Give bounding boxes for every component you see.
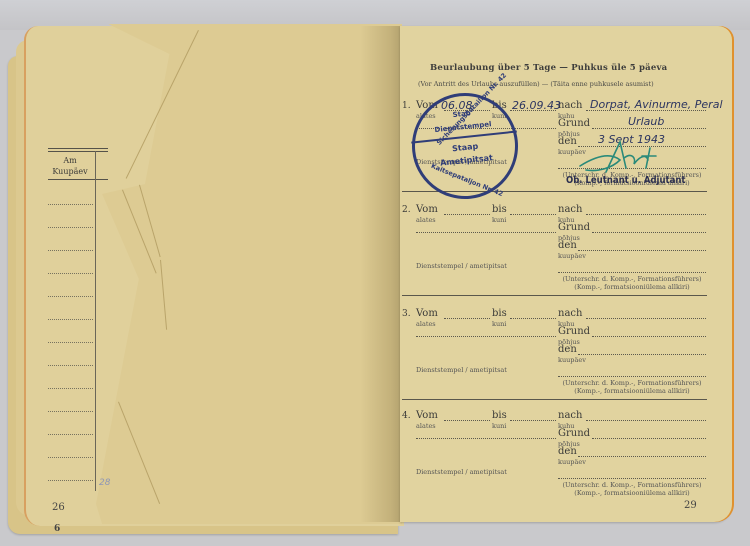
pencil-annotation: 28 — [99, 478, 110, 488]
entry-number: 2. — [402, 205, 411, 215]
extra-field[interactable] — [416, 336, 556, 337]
label-nach: nach — [558, 204, 582, 215]
label-kuupaev: kuupäev — [558, 252, 586, 260]
label-signature-et: (Komp.-, formatsiooniülema allkiri) — [552, 387, 712, 395]
leave-entry-4: 4. Vom alates bis kuni nach kuhu Grund p… — [402, 406, 712, 502]
table-row — [48, 365, 93, 366]
table-row — [48, 273, 93, 274]
page-subtitle: (Vor Antritt des Urlaubs auszufüllen) — … — [418, 80, 654, 88]
officer-rank-stamp: Ob. Leutnant u. Adjutant — [566, 175, 685, 186]
signature-field[interactable] — [558, 272, 706, 273]
label-alates: alates — [416, 320, 436, 328]
signature-field[interactable] — [558, 478, 706, 479]
extra-field[interactable] — [416, 438, 556, 439]
grund-field[interactable] — [592, 438, 706, 439]
label-dienststempel: Dienststempel / ametipitsat — [416, 468, 507, 476]
table-row — [48, 227, 93, 228]
label-nach: nach — [558, 410, 582, 421]
den-field[interactable] — [578, 250, 706, 251]
back-page-number: 6 — [54, 524, 60, 534]
label-vom: Vom — [416, 410, 438, 421]
left-page-number: 26 — [52, 502, 65, 513]
label-dienststempel: Dienststempel / ametipitsat — [416, 366, 507, 374]
label-signature-et: (Komp.-, formatsiooniülema allkiri) — [552, 489, 712, 497]
label-bis: bis — [492, 410, 507, 421]
label-den: den — [558, 446, 577, 457]
page-title: Beurlaubung über 5 Tage — Puhkus üle 5 p… — [430, 63, 667, 73]
label-grund: Grund — [558, 326, 590, 337]
label-nach: nach — [558, 100, 582, 111]
handwritten-grund: Urlaub — [628, 115, 664, 128]
label-signature-de: (Unterschr. d. Komp.-, Formationsführers… — [552, 379, 712, 387]
table-row — [48, 411, 93, 412]
table-row — [48, 342, 93, 343]
table-column-divider — [95, 151, 96, 491]
label-kuni: kuni — [492, 216, 506, 224]
leave-entry-2: 2. Vom alates bis kuni nach kuhu Grund p… — [402, 200, 712, 296]
den-field[interactable] — [578, 354, 706, 355]
table-row — [48, 388, 93, 389]
vom-field[interactable] — [444, 318, 490, 319]
stamp-ring-bottom: Kaitsepataljon Nr. 42 — [430, 162, 504, 198]
table-row — [48, 296, 93, 297]
vom-field[interactable] — [444, 420, 490, 421]
label-signature-de: (Unterschr. d. Komp.-, Formationsführers… — [552, 275, 712, 283]
label-kuni: kuni — [492, 320, 506, 328]
label-den: den — [558, 240, 577, 251]
grund-field[interactable] — [592, 232, 706, 233]
header-am: Am — [48, 155, 92, 166]
leave-entry-3: 3. Vom alates bis kuni nach kuhu Grund p… — [402, 304, 712, 400]
label-kuupaev: kuupäev — [558, 356, 586, 364]
nach-field[interactable] — [586, 318, 706, 319]
label-signature-et: (Komp.-, formatsiooniülema allkiri) — [552, 283, 712, 291]
den-field[interactable] — [578, 456, 706, 457]
label-kuni: kuni — [492, 422, 506, 430]
bis-field[interactable] — [510, 420, 556, 421]
table-top-rule — [48, 148, 108, 149]
header-kuupaev: Kuupäev — [48, 166, 92, 177]
label-alates: alates — [416, 422, 436, 430]
label-den: den — [558, 136, 577, 147]
table-header-date: Am Kuupäev — [48, 155, 92, 177]
entry-divider — [402, 295, 707, 296]
table-top-rule — [48, 151, 108, 152]
vom-field[interactable] — [444, 214, 490, 215]
label-kuupaev: kuupäev — [558, 458, 586, 466]
extra-field[interactable] — [416, 232, 556, 233]
handwritten-nach: Dorpat, Avinurme, Peral — [590, 98, 723, 111]
handwritten-bis: 26.09.43 — [512, 99, 561, 112]
right-page-number: 29 — [684, 500, 697, 511]
entry-divider — [402, 399, 707, 400]
label-den: den — [558, 344, 577, 355]
bis-field[interactable] — [510, 214, 556, 215]
label-bis: bis — [492, 308, 507, 319]
label-nach: nach — [558, 308, 582, 319]
table-row — [48, 319, 93, 320]
signature-field[interactable] — [558, 376, 706, 377]
label-alates: alates — [416, 216, 436, 224]
table-header-rule — [48, 179, 108, 180]
field-line — [592, 128, 706, 129]
table-row — [48, 457, 93, 458]
grund-field[interactable] — [592, 336, 706, 337]
label-vom: Vom — [416, 204, 438, 215]
entry-number: 4. — [402, 411, 411, 421]
label-dienststempel: Dienststempel / ametipitsat — [416, 262, 507, 270]
table-row — [48, 250, 93, 251]
label-grund: Grund — [558, 118, 590, 129]
entry-number: 1. — [402, 101, 411, 111]
label-grund: Grund — [558, 222, 590, 233]
table-row — [48, 480, 93, 481]
label-vom: Vom — [416, 308, 438, 319]
label-bis: bis — [492, 204, 507, 215]
label-signature-de: (Unterschr. d. Komp.-, Formationsführers… — [552, 481, 712, 489]
table-row — [48, 434, 93, 435]
label-grund: Grund — [558, 428, 590, 439]
bis-field[interactable] — [510, 318, 556, 319]
table-row — [48, 204, 93, 205]
nach-field[interactable] — [586, 214, 706, 215]
entry-number: 3. — [402, 309, 411, 319]
nach-field[interactable] — [586, 420, 706, 421]
